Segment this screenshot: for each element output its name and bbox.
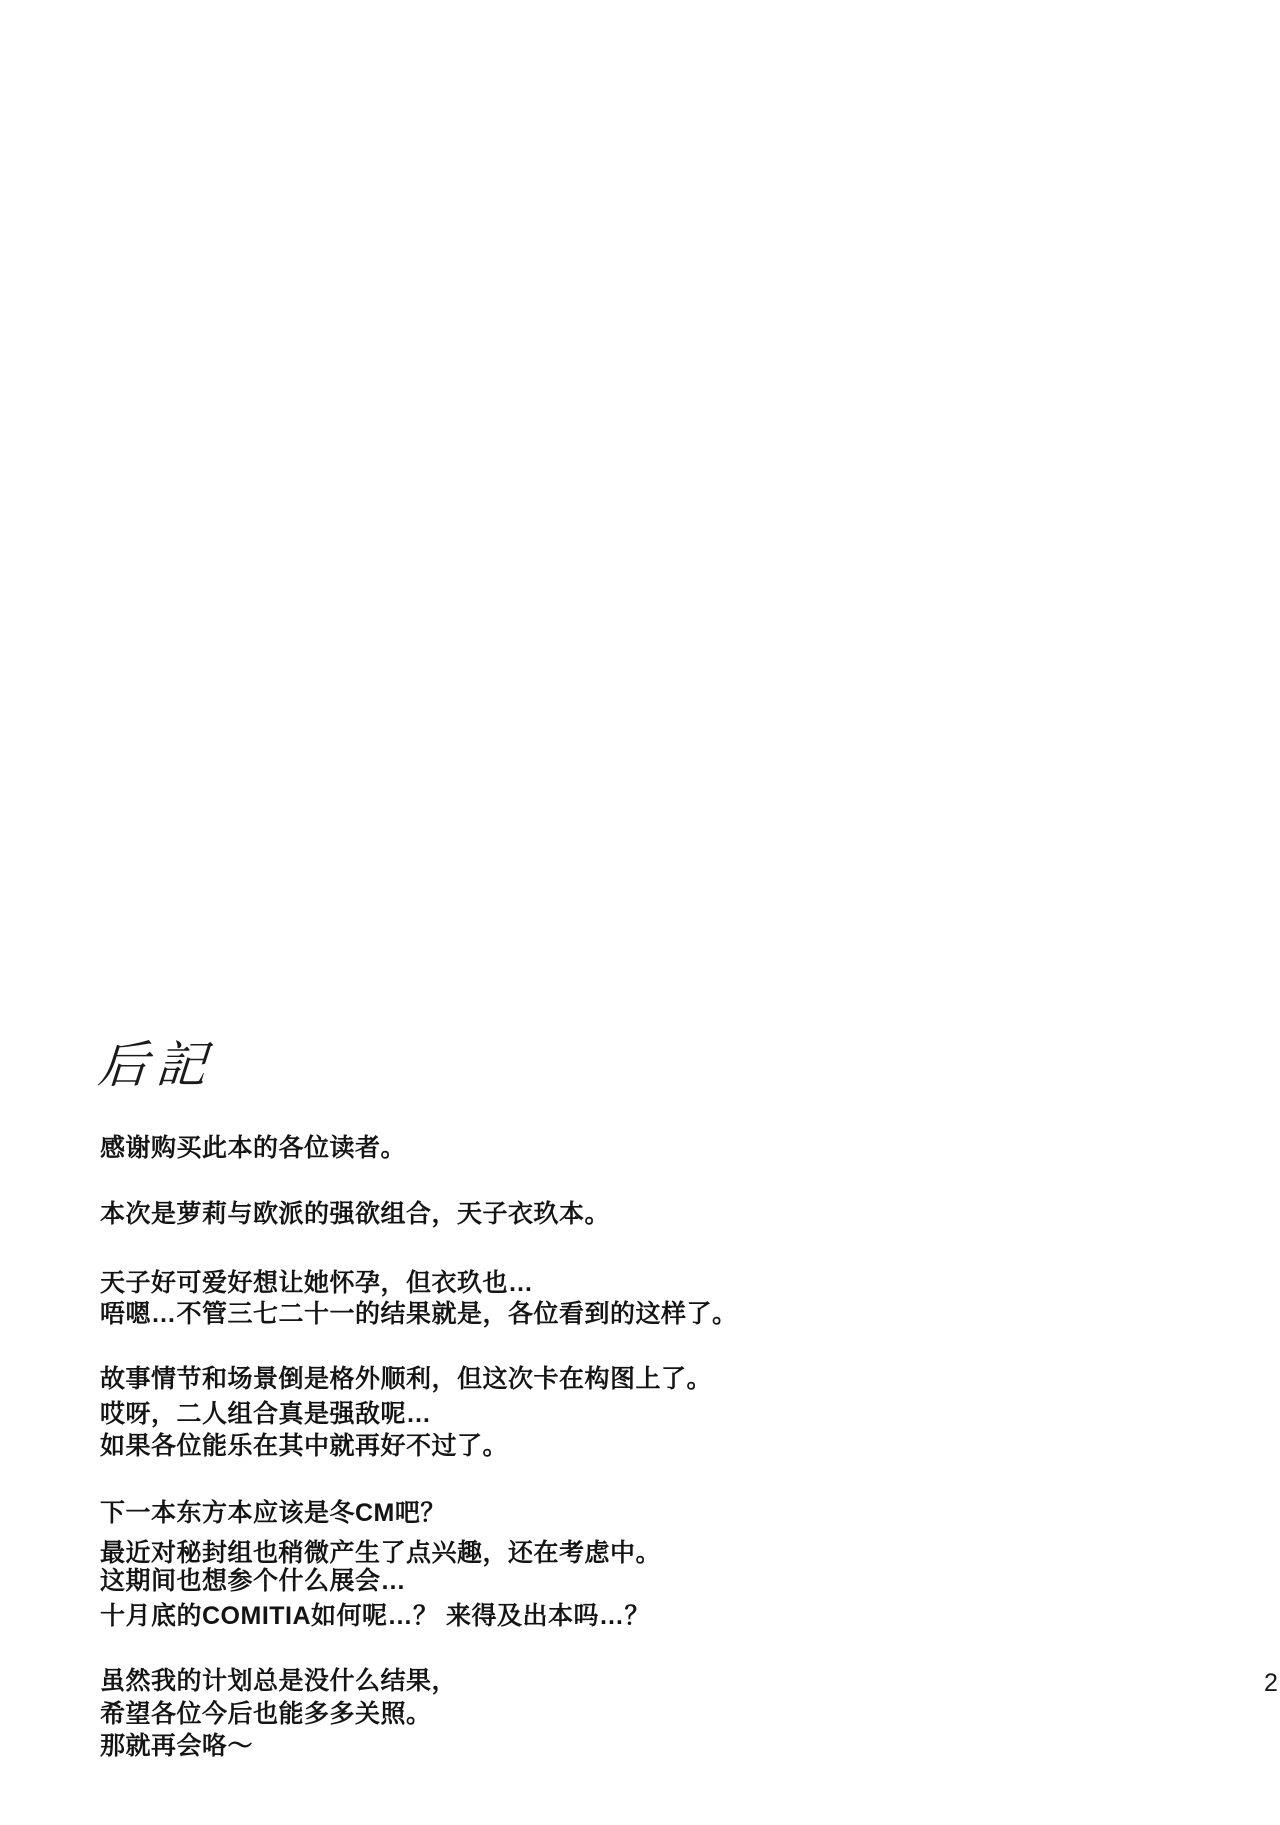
afterword-line: 那就再会咯～ [100, 1732, 253, 1762]
afterword-line: 本次是萝莉与欧派的强欲组合，天子衣玖本。 [100, 1200, 610, 1230]
afterword-line: 希望各位今后也能多多关照。 [100, 1700, 432, 1730]
afterword-title: 后記 [96, 1038, 216, 1093]
afterword-line: 天子好可爱好想让她怀孕，但衣玖也… [100, 1269, 534, 1299]
afterword-line: 如果各位能乐在其中就再好不过了。 [100, 1432, 508, 1462]
afterword-line: 故事情节和场景倒是格外顺利，但这次卡在构图上了。 [100, 1365, 712, 1395]
afterword-line: 十月底的COMITIA如何呢…？ 来得及出本吗…？ [100, 1602, 650, 1632]
afterword-line: 下一本东方本应该是冬CM吧？ [100, 1499, 446, 1529]
afterword-page: 后記 感谢购买此本的各位读者。 本次是萝莉与欧派的强欲组合，天子衣玖本。 天子好… [0, 0, 1280, 1825]
afterword-line: 最近对秘封组也稍微产生了点兴趣，还在考虑中。 [100, 1539, 661, 1569]
afterword-line: 唔嗯…不管三七二十一的结果就是，各位看到的这样了。 [100, 1300, 738, 1330]
page-number: 2 [1264, 1669, 1278, 1698]
afterword-line: 感谢购买此本的各位读者。 [100, 1134, 406, 1164]
afterword-line: 哎呀，二人组合真是强敌呢… [100, 1400, 432, 1430]
afterword-line: 这期间也想参个什么展会… [100, 1567, 406, 1597]
afterword-line: 虽然我的计划总是没什么结果， [100, 1667, 457, 1697]
